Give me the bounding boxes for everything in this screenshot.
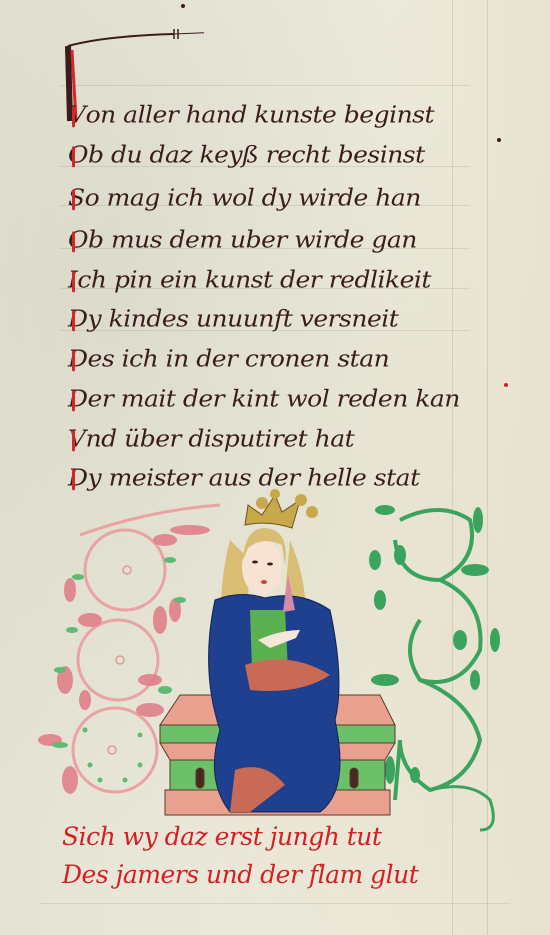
manuscript-page: Von aller hand kunste beginst Ob du daz … <box>0 0 550 935</box>
rubric-line: Des jamers und der flam glut <box>62 860 418 889</box>
crowned-woman-figure <box>209 489 340 812</box>
rubric-line: Sich wy daz erst jungh tut <box>62 822 381 851</box>
illustration <box>0 0 550 935</box>
green-floral-scroll-icon <box>395 510 493 830</box>
